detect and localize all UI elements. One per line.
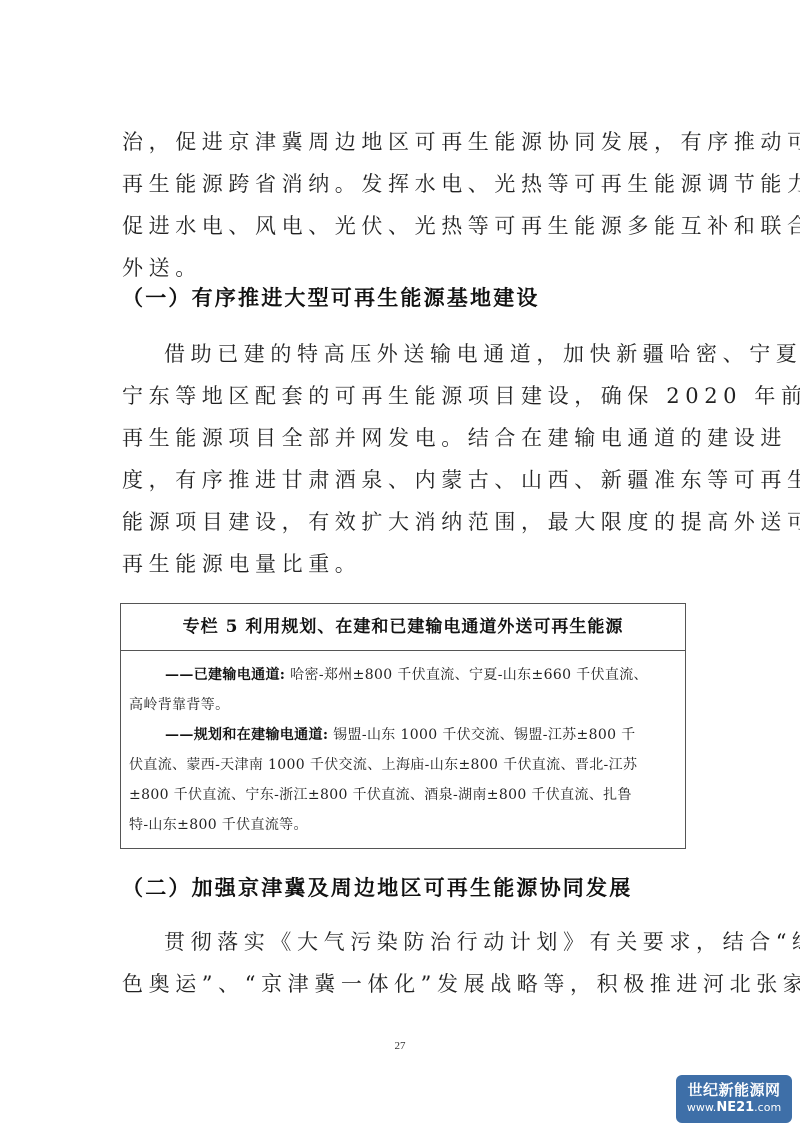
watermark-logo: 世纪新能源网 www.NE21.com (676, 1075, 792, 1123)
page-number: 27 (390, 1040, 410, 1052)
watermark-url-brand: NE21 (716, 1100, 754, 1115)
paragraph-line: 外送。 (122, 254, 682, 282)
paragraph-line: 再生能源项目全部并网发电。结合在建输电通道的建设进 (122, 424, 682, 452)
paragraph-line: 治，促进京津冀周边地区可再生能源协同发展，有序推动可 (122, 128, 682, 156)
watermark-url-prefix: www. (687, 1101, 716, 1114)
built-channels-label: ——已建输电通道: (165, 667, 285, 683)
watermark-url-suffix: .com (754, 1101, 781, 1114)
paragraph-line: 再生能源跨省消纳。发挥水电、光热等可再生能源调节能力， (122, 170, 682, 198)
paragraph-line: 促进水电、风电、光伏、光热等可再生能源多能互补和联合 (122, 212, 682, 240)
box-line: 高岭背靠背等。 (129, 694, 679, 716)
box-line: ±800 千伏直流、宁东-浙江±800 千伏直流、酒泉-湖南±800 千伏直流、… (129, 784, 679, 806)
paragraph-line: 宁东等地区配套的可再生能源项目建设，确保 2020 年前可 (122, 382, 682, 410)
box-line: ——已建输电通道: 哈密-郑州±800 千伏直流、宁夏-山东±660 千伏直流、 (165, 664, 715, 686)
column-box-title: 专栏 5 利用规划、在建和已建输电通道外送可再生能源 (121, 604, 685, 651)
planned-channels-label: ——规划和在建输电通道: (165, 727, 328, 743)
paragraph-line: 能源项目建设，有效扩大消纳范围，最大限度的提高外送可 (122, 508, 682, 536)
box-line: 特-山东±800 千伏直流等。 (129, 814, 679, 836)
planned-channels-text: 锡盟-山东 1000 千伏交流、锡盟-江苏±800 千 (328, 727, 635, 743)
paragraph-line: 色奥运”、“京津冀一体化”发展战略等，积极推进河北张家 (122, 970, 682, 998)
box-line: ——规划和在建输电通道: 锡盟-山东 1000 千伏交流、锡盟-江苏±800 千 (165, 724, 715, 746)
column-box: 专栏 5 利用规划、在建和已建输电通道外送可再生能源 ——已建输电通道: 哈密-… (120, 603, 686, 849)
watermark-url: www.NE21.com (676, 1100, 792, 1116)
paragraph-line: 度，有序推进甘肃酒泉、内蒙古、山西、新疆准东等可再生 (122, 466, 682, 494)
paragraph-line: 借助已建的特高压外送输电通道，加快新疆哈密、宁夏 (164, 340, 684, 368)
section-heading-2: （二）加强京津冀及周边地区可再生能源协同发展 (122, 874, 632, 902)
paragraph-line: 再生能源电量比重。 (122, 550, 682, 578)
box-line: 伏直流、蒙西-天津南 1000 千伏交流、上海庙-山东±800 千伏直流、晋北-… (129, 754, 679, 776)
paragraph-line: 贯彻落实《大气污染防治行动计划》有关要求，结合“绿 (164, 928, 684, 956)
document-page: 治，促进京津冀周边地区可再生能源协同发展，有序推动可 再生能源跨省消纳。发挥水电… (0, 0, 800, 1130)
section-heading-1: （一）有序推进大型可再生能源基地建设 (122, 284, 540, 312)
built-channels-text: 哈密-郑州±800 千伏直流、宁夏-山东±660 千伏直流、 (285, 667, 648, 683)
watermark-name: 世纪新能源网 (676, 1075, 792, 1100)
